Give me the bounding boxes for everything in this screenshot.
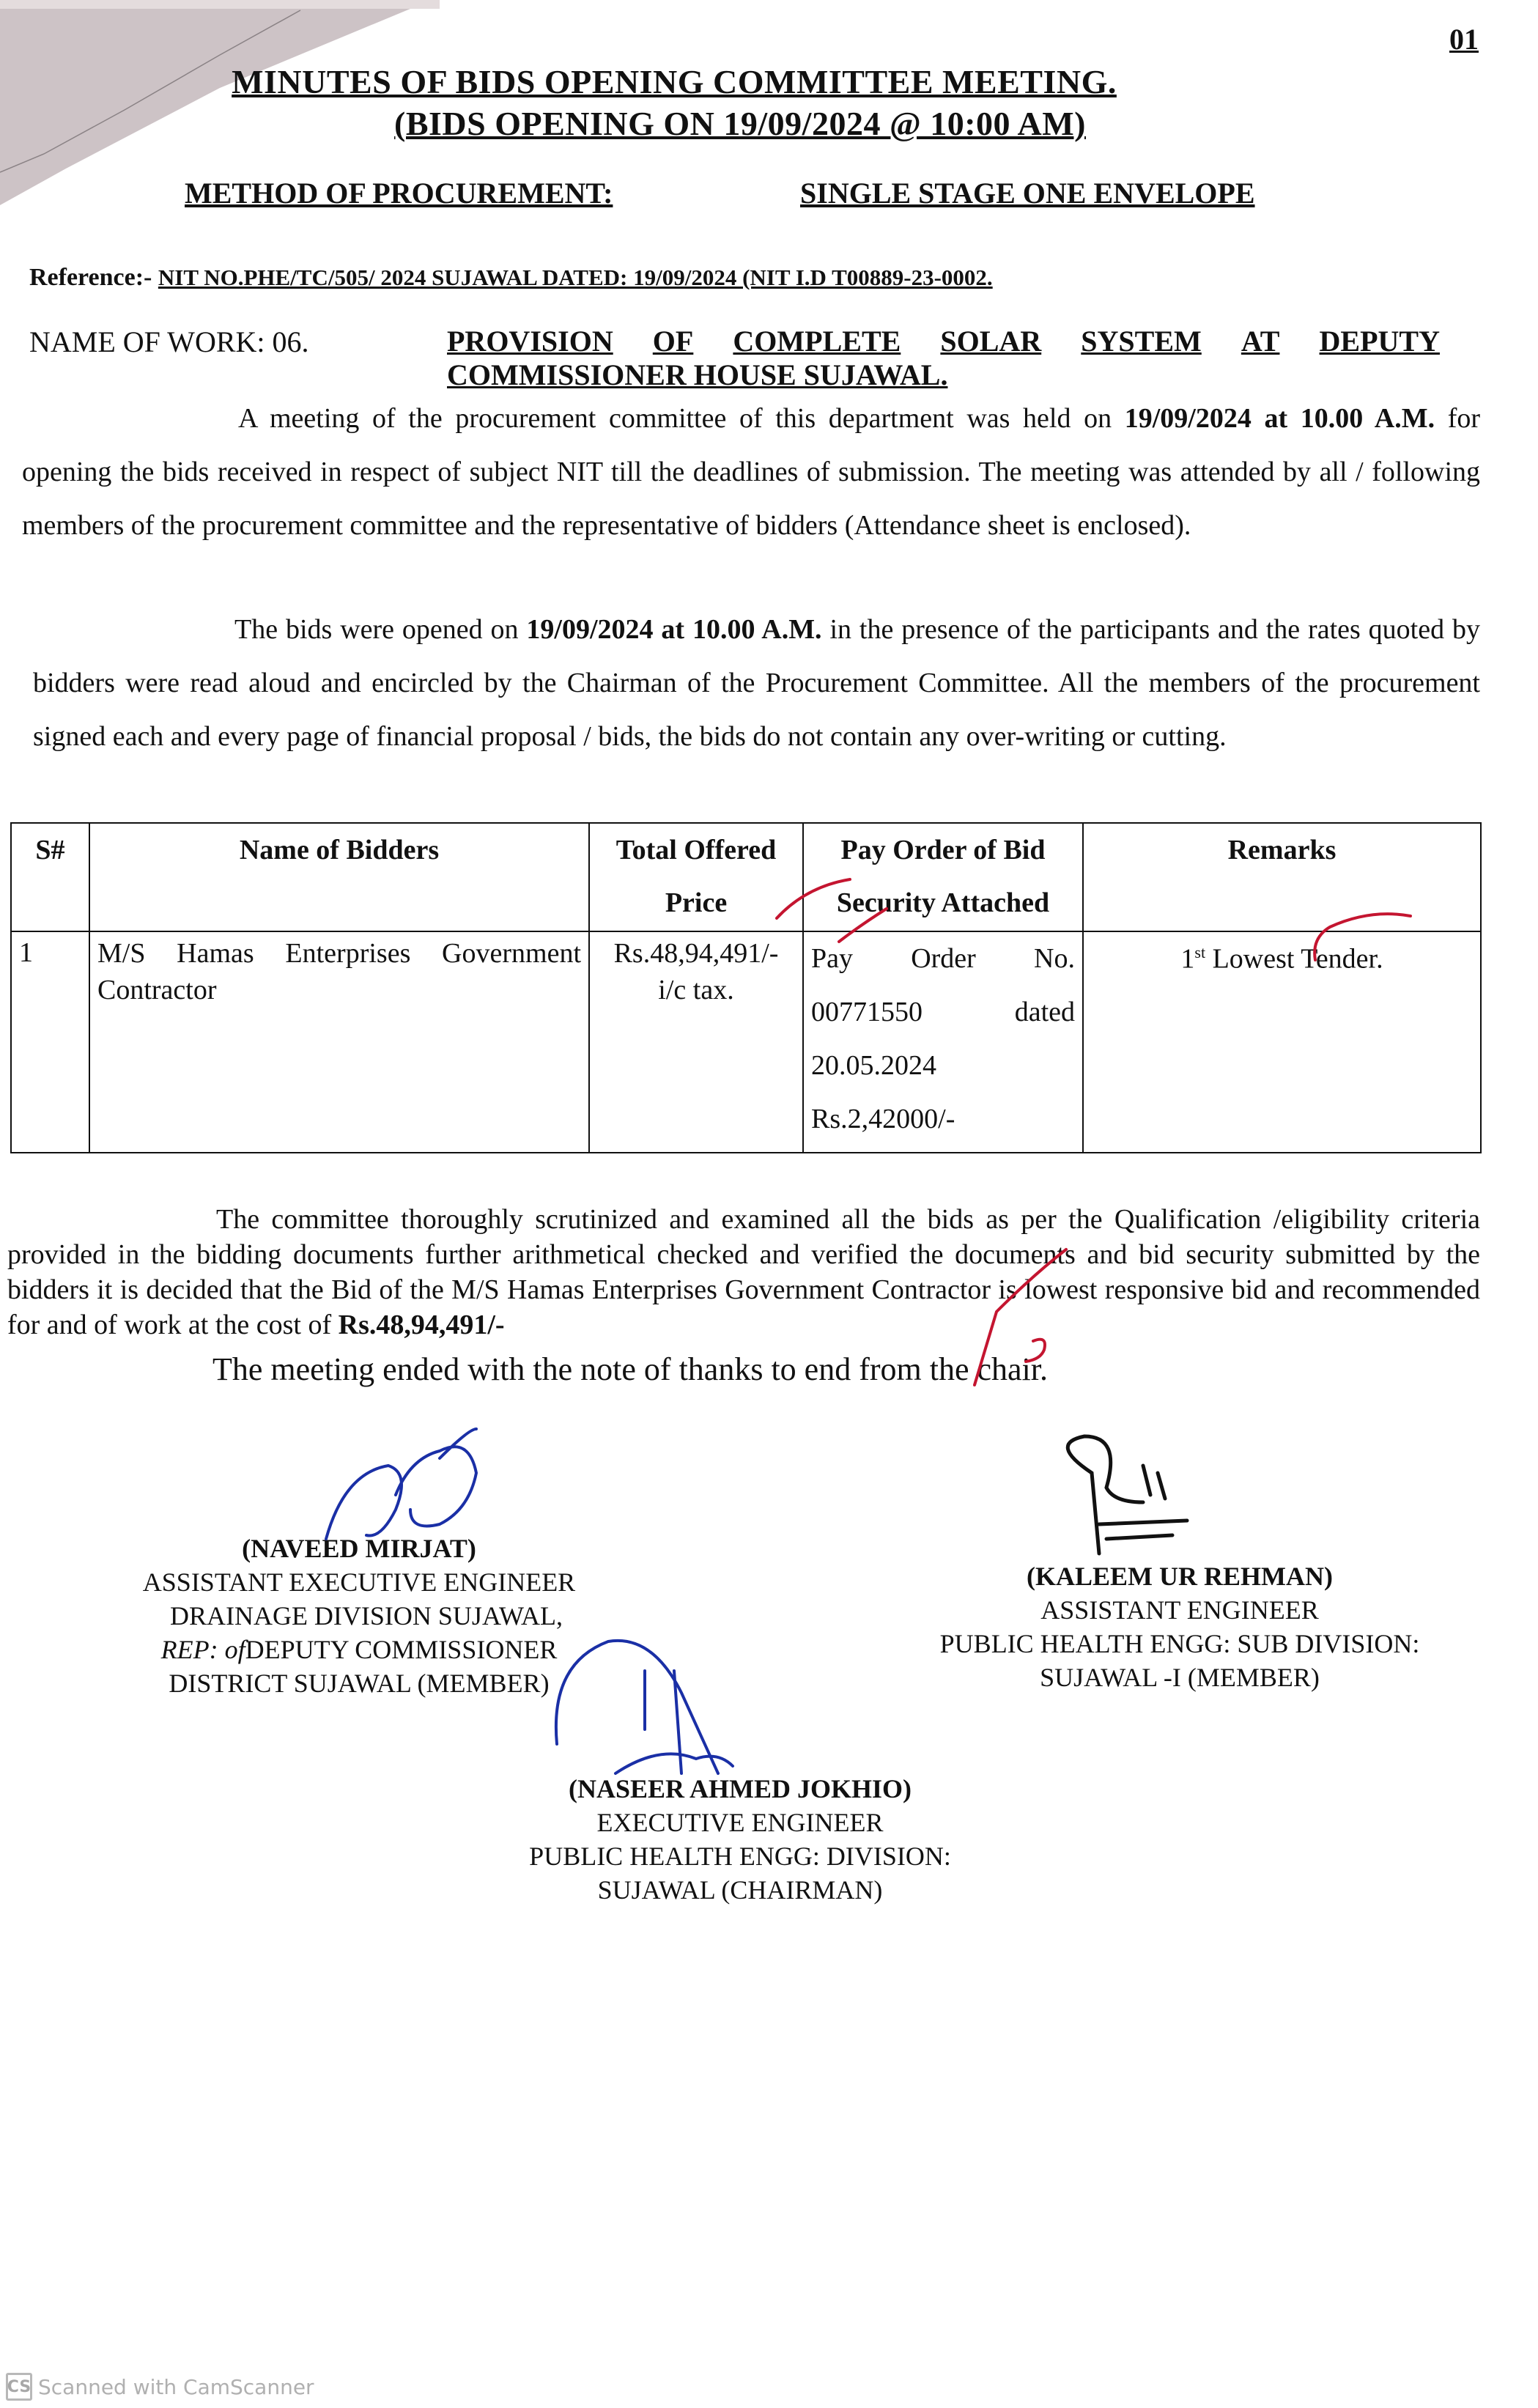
signatory-name: (NAVEED MIRJAT): [132, 1532, 586, 1565]
signatory-role: SUJAWAL (CHAIRMAN): [484, 1873, 997, 1907]
pay-order-line1: PayOrderNo.: [811, 932, 1075, 986]
document-subtitle: (BIDS OPENING ON 19/09/2024 @ 10:00 AM): [205, 104, 1275, 143]
header-total-offered-price: Total Offered Price: [589, 823, 803, 931]
name-of-work-word: COMPLETE: [733, 325, 901, 358]
signatory-name: (KALEEM UR REHMAN): [901, 1559, 1458, 1593]
remarks-ordinal-suffix: st: [1194, 943, 1205, 961]
cell-remarks: 1st Lowest Tender.: [1083, 931, 1481, 1153]
reference-value: NIT NO.PHE/TC/505/ 2024 SUJAWAL DATED: 1…: [158, 265, 993, 290]
header-remarks: Remarks: [1083, 823, 1481, 931]
signatory-division: PUBLIC HEALTH ENGG: SUB DIVISION:: [901, 1627, 1458, 1661]
remarks-ordinal: 1: [1180, 944, 1194, 975]
paragraph1-text-a: A meeting of the procurement committee o…: [238, 403, 1125, 434]
name-of-work-title-line1: PROVISIONOFCOMPLETESOLARSYSTEMATDEPUTY: [447, 325, 1440, 358]
camscanner-logo-icon: CS: [6, 2373, 32, 2401]
signature-kaleem: [1068, 1436, 1187, 1554]
paragraph1-date: 19/09/2024 at 10.00 A.M.: [1125, 403, 1435, 434]
pay-order-amount: Rs.2,42000/-: [811, 1093, 1075, 1146]
signatory-designation: ASSISTANT ENGINEER: [901, 1593, 1458, 1627]
name-of-work-word: SOLAR: [940, 325, 1041, 358]
header-sn: S#: [11, 823, 89, 931]
signatory-naseer-ahmed-jokhio: (NASEER AHMED JOKHIO) EXECUTIVE ENGINEER…: [484, 1772, 997, 1907]
cell-offered-price: Rs.48,94,491/- i/c tax.: [589, 931, 803, 1153]
remarks-text: Lowest Tender.: [1205, 944, 1383, 975]
name-of-work-word: AT: [1241, 325, 1280, 358]
header-name-of-bidders: Name of Bidders: [89, 823, 589, 931]
paragraph-bids-opened: The bids were opened on 19/09/2024 at 10…: [33, 603, 1480, 764]
signatory-rep-prefix: REP: of: [161, 1635, 245, 1664]
bids-table: S# Name of Bidders Total Offered Price P…: [10, 822, 1482, 1153]
cell-sn: 1: [11, 931, 89, 1153]
signatory-kaleem-ur-rehman: (KALEEM UR REHMAN) ASSISTANT ENGINEER PU…: [901, 1559, 1458, 1694]
reference-label: Reference:-: [29, 264, 152, 291]
pay-order-word: Pay: [811, 932, 853, 986]
method-of-procurement-label: METHOD OF PROCUREMENT:: [185, 176, 613, 210]
name-of-work-word: DEPUTY: [1320, 325, 1440, 358]
signatory-role: DISTRICT SUJAWAL (MEMBER): [132, 1666, 586, 1700]
name-of-work-title-line2: COMMISSIONER HOUSE SUJAWAL.: [447, 358, 1440, 392]
pay-order-number: 00771550: [811, 986, 923, 1039]
cell-bidder-name: M/S Hamas Enterprises Government Contrac…: [89, 931, 589, 1153]
pay-order-line2: 00771550dated: [811, 986, 1075, 1039]
camscanner-watermark: CS Scanned with CamScanner: [6, 2373, 314, 2401]
signatory-rep-rest: DEPUTY COMMISSIONER: [245, 1635, 558, 1664]
page-number: 01: [1449, 22, 1479, 56]
name-of-work-word: SYSTEM: [1081, 325, 1202, 358]
paragraph2-text-a: The bids were opened on: [234, 614, 526, 645]
paragraph-committee-decision: The committee thoroughly scrutinized and…: [7, 1202, 1480, 1343]
reference-line: Reference:- NIT NO.PHE/TC/505/ 2024 SUJA…: [29, 264, 993, 292]
signatory-designation: ASSISTANT EXECUTIVE ENGINEER: [132, 1565, 586, 1599]
signatory-naveed-mirjat: (NAVEED MIRJAT) ASSISTANT EXECUTIVE ENGI…: [132, 1532, 586, 1700]
name-of-work-label: NAME OF WORK: 06.: [29, 325, 309, 359]
signatory-rep: REP: ofDEPUTY COMMISSIONER: [132, 1633, 586, 1666]
table-header-row: S# Name of Bidders Total Offered Price P…: [11, 823, 1481, 931]
name-of-work-title: PROVISIONOFCOMPLETESOLARSYSTEMATDEPUTY C…: [447, 325, 1440, 392]
cell-pay-order: PayOrderNo. 00771550dated 20.05.2024 Rs.…: [803, 931, 1083, 1153]
camscanner-text: Scanned with CamScanner: [38, 2375, 314, 2399]
signatory-division: DRAINAGE DIVISION SUJAWAL,: [132, 1599, 586, 1633]
signature-naveed: [326, 1429, 476, 1539]
document-title: MINUTES OF BIDS OPENING COMMITTEE MEETIN…: [88, 62, 1260, 101]
paragraph-meeting-held: A meeting of the procurement committee o…: [22, 392, 1480, 553]
paragraph2-date: 19/09/2024 at 10.00 A.M.: [526, 614, 821, 645]
signatory-role: SUJAWAL -I (MEMBER): [901, 1661, 1458, 1694]
recommended-amount: Rs.48,94,491/-: [339, 1310, 505, 1340]
pay-order-word: No.: [1034, 932, 1075, 986]
signatory-division: PUBLIC HEALTH ENGG: DIVISION:: [484, 1839, 997, 1873]
table-row: 1 M/S Hamas Enterprises Government Contr…: [11, 931, 1481, 1153]
closing-statement: The meeting ended with the note of thank…: [212, 1351, 1048, 1388]
header-pay-order: Pay Order of Bid Security Attached: [803, 823, 1083, 931]
signatory-designation: EXECUTIVE ENGINEER: [484, 1806, 997, 1839]
name-of-work-word: OF: [653, 325, 694, 358]
name-of-work-word: PROVISION: [447, 325, 613, 358]
pay-order-word: dated: [1015, 986, 1075, 1039]
signatory-name: (NASEER AHMED JOKHIO): [484, 1772, 997, 1806]
method-of-procurement-value: SINGLE STAGE ONE ENVELOPE: [800, 176, 1255, 210]
pay-order-date: 20.05.2024: [811, 1039, 1075, 1093]
paragraph3-text: The committee thoroughly scrutinized and…: [7, 1204, 1480, 1340]
pay-order-word: Order: [911, 932, 976, 986]
